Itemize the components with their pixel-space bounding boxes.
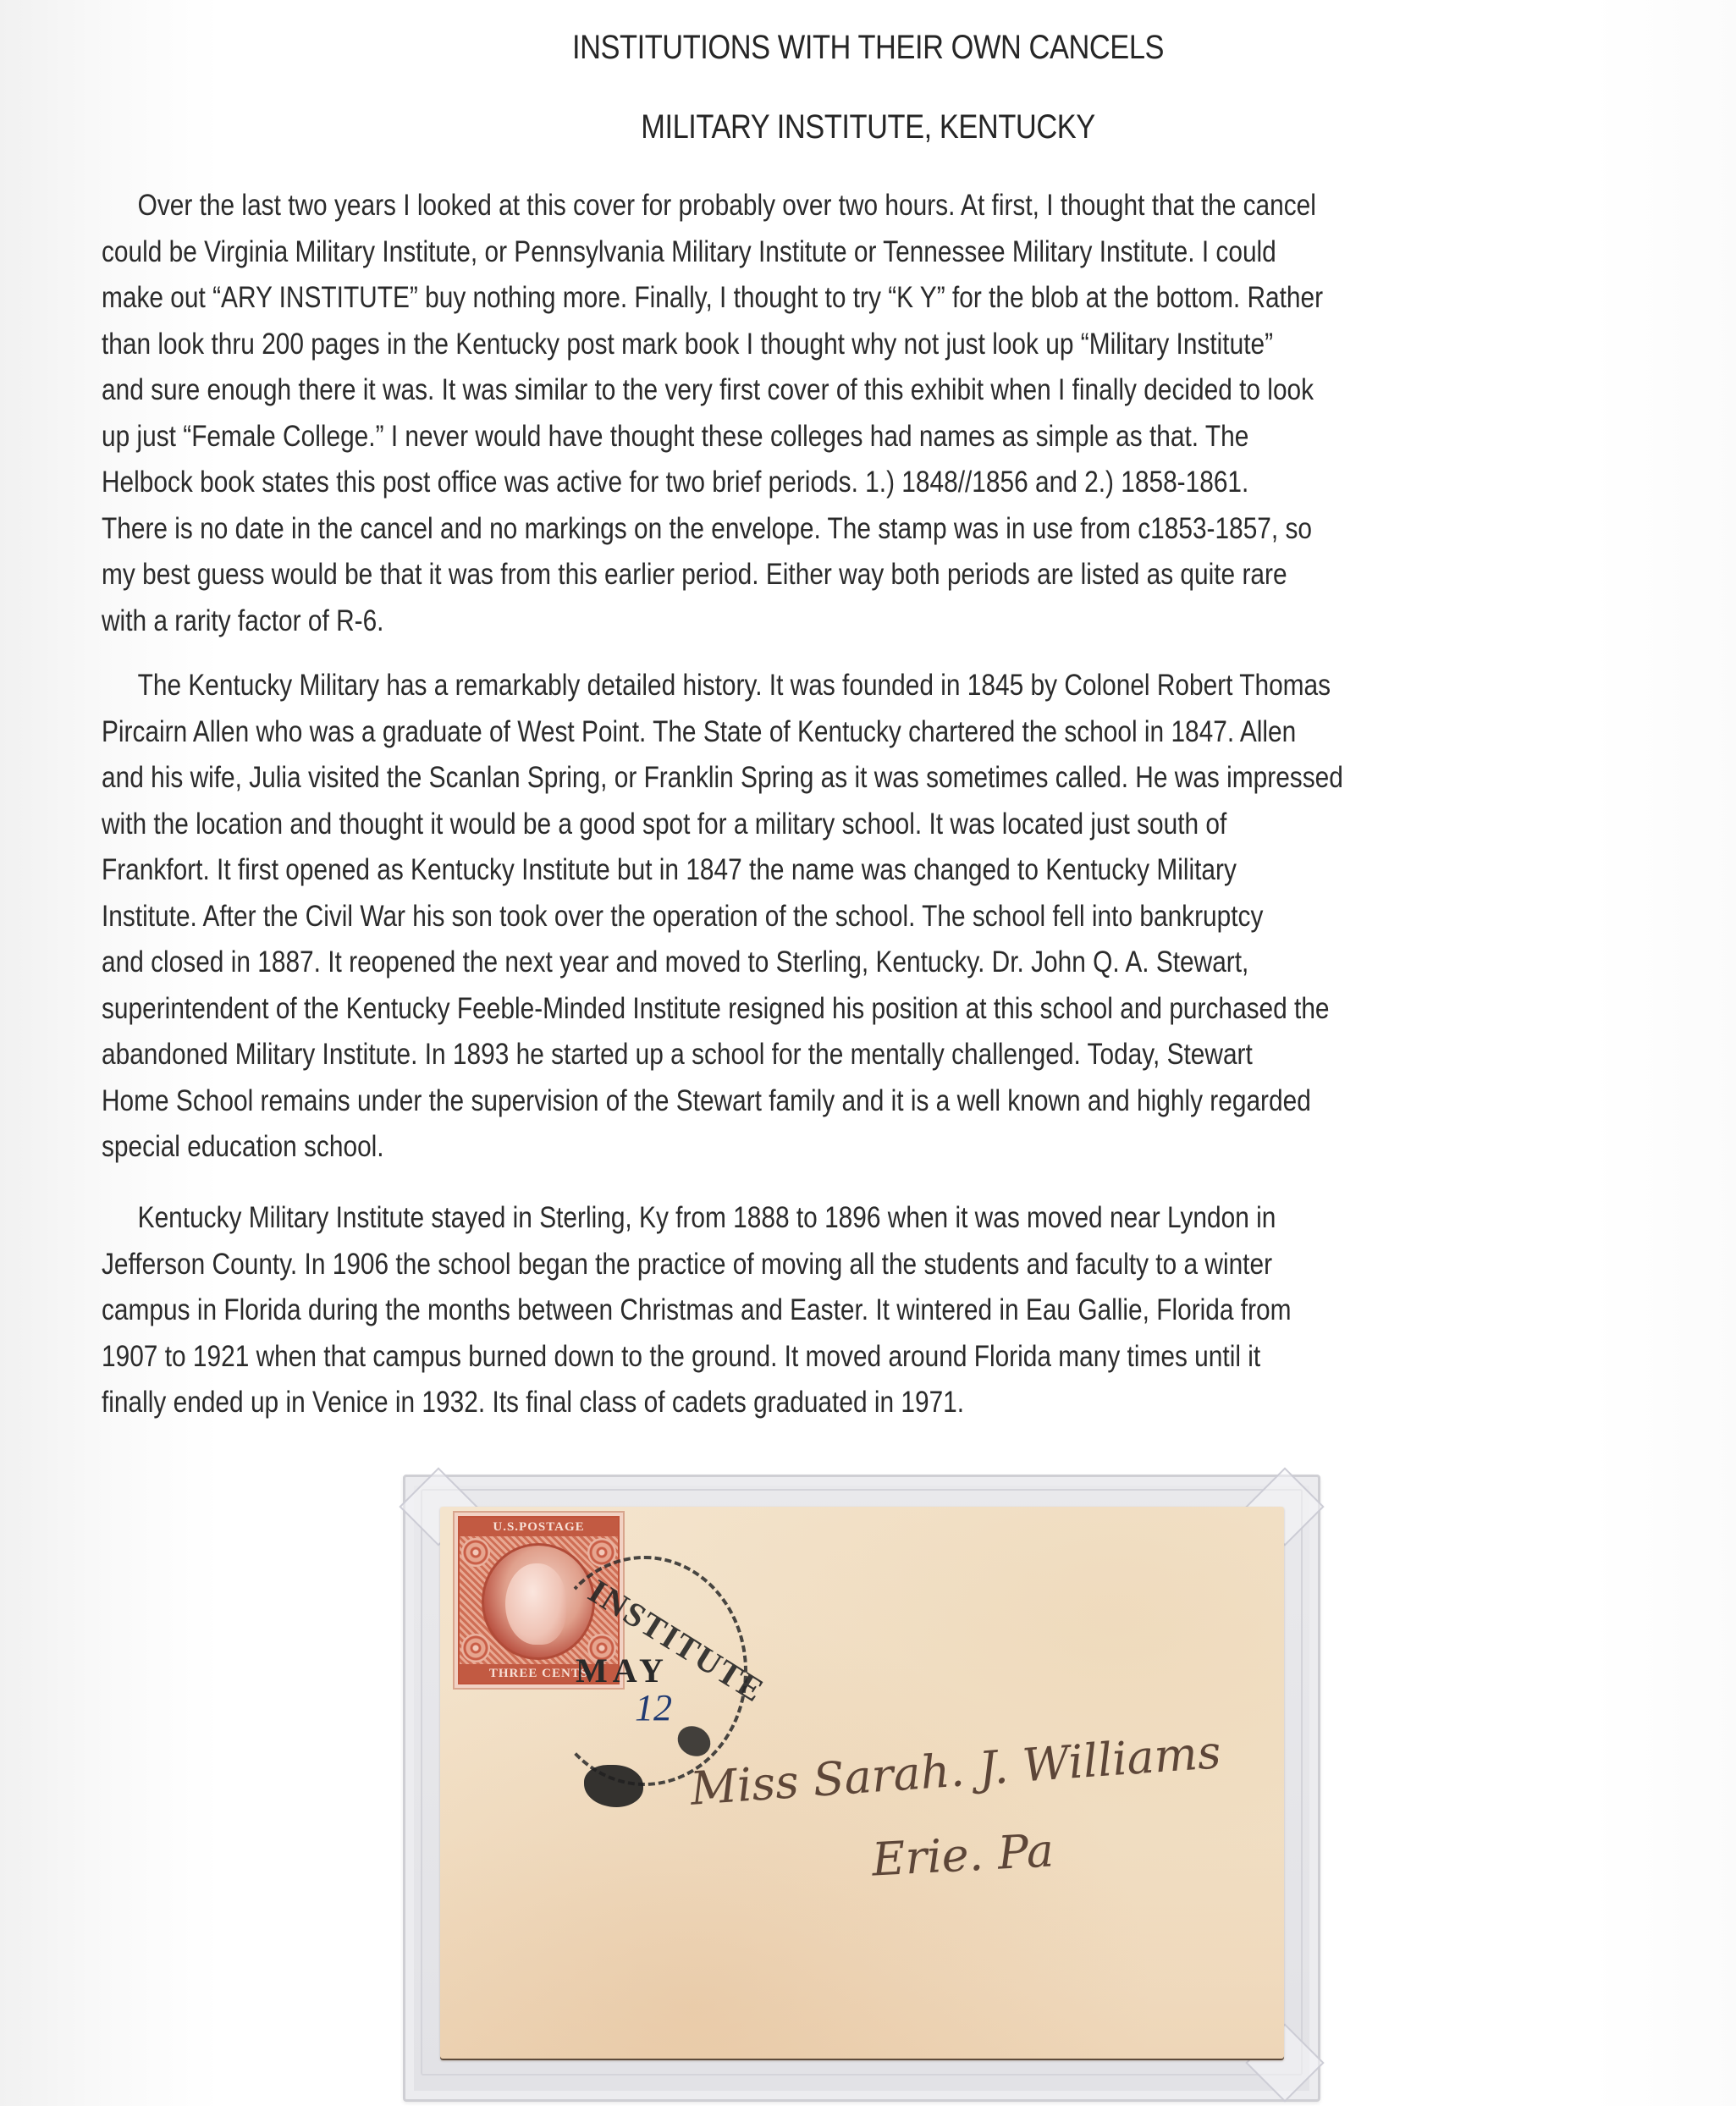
text-line: and sure enough there it was. It was sim… (102, 367, 1459, 414)
text-line: superintendent of the Kentucky Feeble-Mi… (102, 986, 1459, 1033)
text-line: my best guess would be that it was from … (102, 552, 1459, 598)
postmark-month: MAY (576, 1651, 669, 1690)
text-line: abandoned Military Institute. In 1893 he… (102, 1032, 1459, 1078)
text-line: The Kentucky Military has a remarkably d… (102, 663, 1459, 709)
page-subtitle: MILITARY INSTITUTE, KENTUCKY (122, 108, 1615, 146)
text-line: Pircairn Allen who was a graduate of Wes… (102, 709, 1459, 756)
text-line: up just “Female College.” I never would … (102, 414, 1459, 460)
paragraph-cover-identification: Over the last two years I looked at this… (102, 183, 1693, 644)
text-line: There is no date in the cancel and no ma… (102, 506, 1459, 553)
text-line: special education school. (102, 1124, 1459, 1171)
stamp-rosette-icon (461, 1634, 490, 1662)
exhibit-page: INSTITUTIONS WITH THEIR OWN CANCELS MILI… (0, 0, 1736, 2106)
text-line: with a rarity factor of R-6. (102, 598, 1459, 645)
text-line: Frankfort. It first opened as Kentucky I… (102, 847, 1459, 894)
paragraph-later-history: Kentucky Military Institute stayed in St… (102, 1195, 1693, 1426)
text-line: than look thru 200 pages in the Kentucky… (102, 322, 1459, 368)
text-line: could be Virginia Military Institute, or… (102, 229, 1459, 276)
text-line: make out “ARY INSTITUTE” buy nothing mor… (102, 275, 1459, 322)
page-title: INSTITUTIONS WITH THEIR OWN CANCELS (122, 29, 1615, 67)
text-line: and closed in 1887. It reopened the next… (102, 940, 1459, 986)
text-line: Jefferson County. In 1906 the school beg… (102, 1242, 1459, 1288)
text-line: Home School remains under the supervisio… (102, 1078, 1459, 1125)
paragraph-history: The Kentucky Military has a remarkably d… (102, 663, 1693, 1171)
text-line: Over the last two years I looked at this… (102, 183, 1459, 229)
text-line: Kentucky Military Institute stayed in St… (102, 1195, 1459, 1242)
text-line: and his wife, Julia visited the Scanlan … (102, 755, 1459, 802)
text-line: with the location and thought it would b… (102, 802, 1459, 848)
text-line: 1907 to 1921 when that campus burned dow… (102, 1334, 1459, 1381)
address-city: Erie. Pa (870, 1823, 1055, 1886)
stamp-top-label: U.S.POSTAGE (460, 1518, 618, 1536)
text-line: campus in Florida during the months betw… (102, 1287, 1459, 1334)
postmark-day-manuscript: 12 (635, 1686, 672, 1729)
stamp-rosette-icon (461, 1538, 490, 1567)
text-line: finally ended up in Venice in 1932. Its … (102, 1380, 1459, 1426)
text-line: Helbock book states this post office was… (102, 460, 1459, 506)
text-line: Institute. After the Civil War his son t… (102, 894, 1459, 940)
